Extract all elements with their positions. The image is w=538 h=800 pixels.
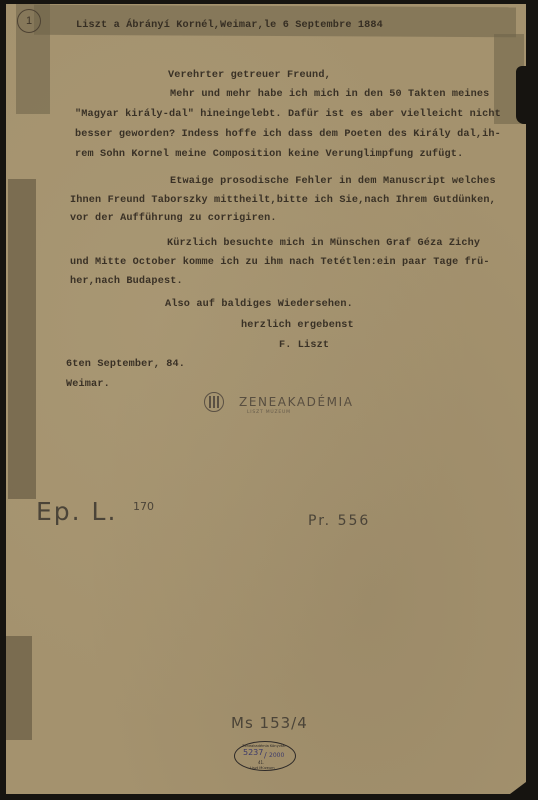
tape-strip-left-middle — [8, 179, 36, 499]
paragraph-2-line-3: vor der Aufführung zu corrigiren. — [70, 213, 277, 224]
paragraph-1-line-3: besser geworden? Indess hoffe ich dass d… — [75, 129, 501, 140]
paper-corner — [510, 782, 526, 794]
handwritten-shelfmark: Ms 153/4 — [231, 714, 308, 732]
handwritten-catalog-right: Pr. 556 — [308, 513, 370, 529]
paragraph-3-line-3: her,nach Budapest. — [70, 276, 183, 287]
paragraph-2-line-2: Ihnen Freund Taborszky mittheilt,bitte i… — [70, 195, 496, 206]
closing-line: Also auf baldiges Wiedersehen. — [165, 299, 353, 310]
paragraph-1-line-4: rem Sohn Kornel meine Composition keine … — [75, 149, 463, 160]
stamp-sub-number: 41. — [258, 760, 264, 765]
salutation: Verehrter getreuer Freund, — [168, 70, 331, 81]
tape-strip-left-bottom — [6, 636, 32, 740]
signature: F. Liszt — [279, 340, 329, 351]
stamp-year: 2000 — [269, 752, 284, 759]
paragraph-3-line-2: und Mitte October komme ich zu ihm nach … — [70, 257, 490, 268]
handwritten-catalog-left: Ep. L. — [36, 497, 117, 526]
stamp-bottom-text: Liszt Múzeum — [250, 766, 275, 770]
paragraph-2-line-1: Etwaige prosodische Fehler in dem Manusc… — [170, 176, 496, 187]
archive-circle-number: 1 — [17, 9, 41, 33]
paragraph-1-line-2: "Magyar király-dal" hineingelebt. Dafür … — [75, 109, 501, 120]
watermark-subtitle: LISZT MÚZEUM — [247, 410, 291, 415]
zeneakademia-watermark: ZENEAKADÉMIA — [204, 392, 354, 412]
paragraph-3-line-1: Kürzlich besuchte mich in Münschen Graf … — [167, 238, 480, 249]
harp-emblem-icon — [204, 392, 224, 412]
stamp-slash: / — [264, 751, 267, 760]
watermark-name: ZENEAKADÉMIA — [239, 395, 354, 409]
paper-tear — [516, 66, 528, 124]
header-line: Liszt a Ábrányí Kornél,Weimar,le 6 Septe… — [76, 20, 383, 31]
handwritten-catalog-left-number: 170 — [133, 500, 154, 513]
paragraph-1-line-1: Mehr und mehr habe ich mich in den 50 Ta… — [170, 89, 489, 100]
place-line: Weimar. — [66, 379, 110, 390]
valediction: herzlich ergebenst — [241, 320, 354, 331]
stamp-number: 5237 — [243, 748, 263, 757]
date-line: 6ten September, 84. — [66, 359, 185, 370]
